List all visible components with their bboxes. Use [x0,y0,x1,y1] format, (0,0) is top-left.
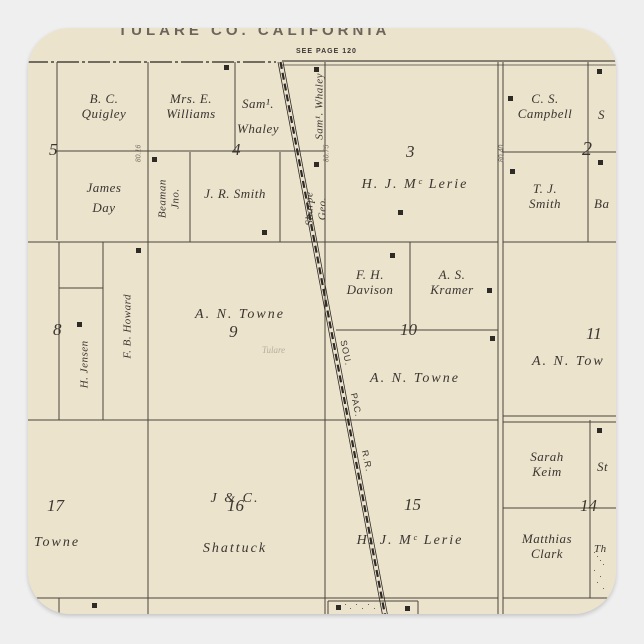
owner-jno-beaman: Beaman Jno. [156,164,181,234]
house-marker [598,160,603,165]
owner-sec14-right-bottom: Th [594,543,607,556]
house-marker [262,230,267,235]
owner-hj-mclerie-15: H. J. Mᶜ Lerie [330,533,490,549]
owner-an-towne-9: A. N. Towne [170,307,310,323]
owner-mrs-e-williams: Mrs. E. Williams [150,92,232,122]
owner-towne-17: Towne [34,535,80,551]
house-marker [336,605,341,610]
section-number-10: 10 [400,320,417,340]
owner-h-jensen: H. Jensen [79,324,92,404]
plat-map: TULARE CO. CALIFORNIA SEE PAGE 120 [28,28,616,614]
section-number-11: 11 [586,324,602,344]
owner-jr-smith: J. R. Smith [192,187,278,202]
house-marker [152,157,157,162]
section-number-8: 8 [53,320,62,340]
section-number-17: 17 [47,496,64,516]
section-number-2: 2 [582,138,592,161]
section-number-9: 9 [229,322,238,342]
owner-sec2-right-top: S [598,108,605,123]
dimension-label: 80.16 [135,145,142,163]
house-marker [314,162,319,167]
owner-jc-shattuck: J & C. Shattuck [160,474,310,575]
owner-matthias-clark: Matthias Clark [505,532,589,562]
owner-saml-whaley-vertical: Sam¹. Whaley [314,56,327,156]
faint-mark: Tulare [262,345,285,355]
owner-sarah-keim: Sarah Keim [505,450,589,480]
dimension-label: 80.40 [498,145,505,163]
owner-cs-campbell: C. S. Campbell [505,92,585,122]
section-number-3: 3 [406,142,415,162]
owner-an-towne-11: A. N. Tow [532,354,605,370]
section-number-5: 5 [49,140,58,160]
house-marker [405,606,410,611]
owner-fb-howard: F. B. Howard [122,276,135,376]
owner-as-kramer: A. S. Kramer [412,268,492,298]
house-marker [136,248,141,253]
owner-tj-smith: T. J. Smith [505,182,585,212]
owner-hj-mclerie-3: H. J. Mᶜ Lerie [335,177,495,193]
owner-sec2-right-bottom: Ba [594,197,609,212]
owner-geo-sharpe: Sharpe Geo. [303,169,328,249]
house-marker [597,69,602,74]
house-marker [510,169,515,174]
owner-bc-quigley: B. C. Quigley [64,92,144,122]
owner-saml-whaley: Sam¹. Whaley [232,92,284,141]
section-number-14: 14 [580,496,597,516]
house-marker [597,428,602,433]
house-marker [224,65,229,70]
house-marker [92,603,97,608]
house-marker [490,336,495,341]
map-sticker: TULARE CO. CALIFORNIA SEE PAGE 120 [28,28,616,614]
section-number-4: 4 [232,140,241,160]
section-number-15: 15 [404,495,421,515]
owner-sec14-right-top: St [597,460,608,475]
house-marker [398,210,403,215]
owner-fh-davison: F. H. Davison [330,268,410,298]
owner-james-day: James Day [64,178,144,217]
dimension-label: 80.75 [323,145,330,163]
owner-an-towne-10: A. N. Towne [345,371,485,387]
house-marker [390,253,395,258]
